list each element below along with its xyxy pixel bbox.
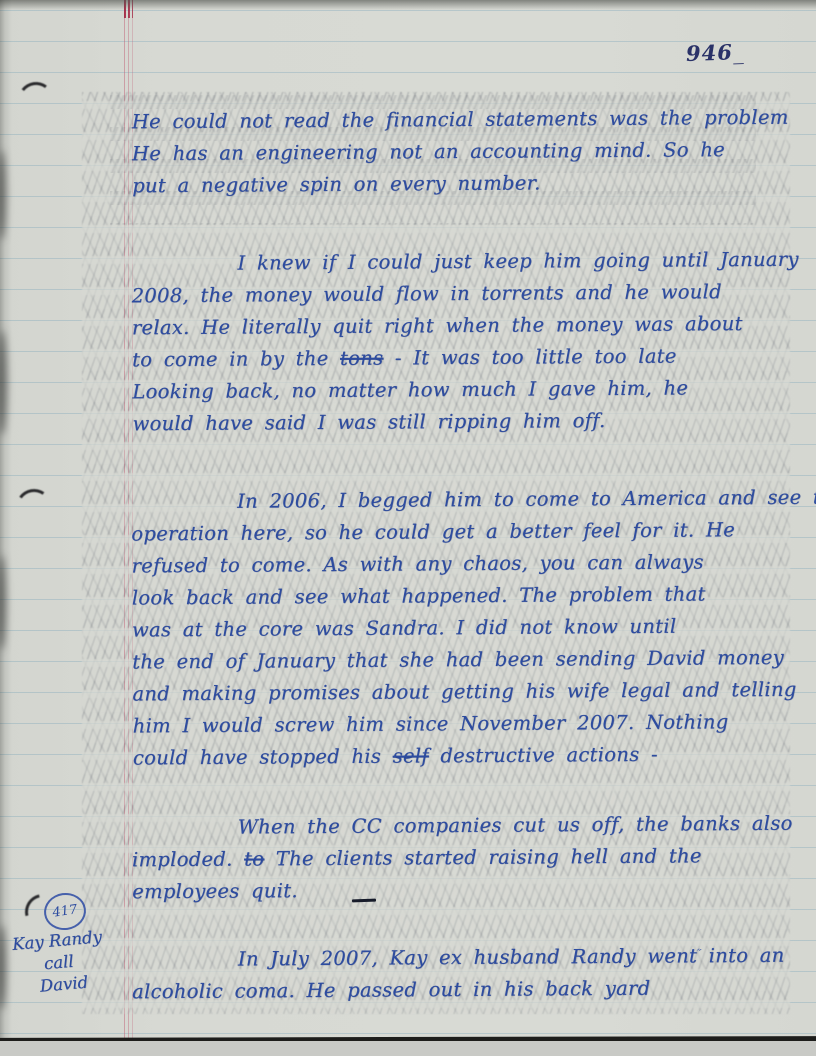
struck-word: to xyxy=(244,847,264,870)
page-number: 946_ xyxy=(686,39,745,66)
handwritten-line: imploded. to The clients started raising… xyxy=(132,840,793,877)
paragraph: In 2006, I begged him to come to America… xyxy=(131,482,816,775)
handwritten-line: When the CC companies cut us off, the ba… xyxy=(132,808,793,845)
paragraph: I knew if I could just keep him going un… xyxy=(131,244,800,441)
struck-word: tons xyxy=(340,347,384,370)
struck-word: self xyxy=(393,744,429,767)
handwritten-line: him I would screw him since November 200… xyxy=(133,706,816,743)
handwritten-line: employees quit. xyxy=(132,872,793,909)
scanned-page: 946_ He could not read the financial sta… xyxy=(0,0,816,1056)
handwritten-line: relax. He literally quit right when the … xyxy=(132,308,799,345)
margin-note: Kay Randy call David xyxy=(11,926,106,1000)
handwritten-line: Looking back, no matter how much I gave … xyxy=(132,372,799,409)
paragraph: He could not read the financial statemen… xyxy=(132,102,789,203)
handwritten-line: alcoholic coma. He passed out in his bac… xyxy=(132,972,785,1009)
scanner-background xyxy=(0,1041,816,1056)
handwritten-line: the end of January that she had been sen… xyxy=(132,642,816,679)
handwritten-line: look back and see what happened. The pro… xyxy=(132,578,816,615)
paragraph: In July 2007, Kay ex husband Randy went … xyxy=(132,940,785,1009)
handwritten-line: He has an engineering not an accounting … xyxy=(132,134,789,171)
handwritten-text: could have stopped his xyxy=(133,745,393,770)
handwritten-text: imploded. xyxy=(132,848,244,872)
scan-top-edge-shadow xyxy=(0,0,816,10)
handwritten-text: to come in by the xyxy=(132,347,340,371)
page-number-underscore: _ xyxy=(732,40,744,64)
handwritten-text: The clients started raising hell and the xyxy=(264,844,702,870)
handwritten-line: refused to come. As with any chaos, you … xyxy=(131,546,816,583)
page-number-value: 946 xyxy=(686,39,734,66)
handwritten-line: put a negative spin on every number. xyxy=(132,166,789,203)
handwritten-line: In July 2007, Kay ex husband Randy went … xyxy=(132,940,785,977)
handwritten-line: would have said I was still ripping him … xyxy=(132,404,799,441)
handwritten-line: 2008, the money would flow in torrents a… xyxy=(132,276,799,313)
handwritten-line: I knew if I could just keep him going un… xyxy=(131,244,798,281)
handwritten-line: could have stopped his self destructive … xyxy=(133,738,816,775)
handwritten-line: and making promises about getting his wi… xyxy=(132,674,816,711)
handwritten-line: was at the core was Sandra. I did not kn… xyxy=(132,610,816,647)
handwritten-line: operation here, so he could get a better… xyxy=(131,514,816,551)
handwritten-text: destructive actions - xyxy=(429,743,658,768)
paragraph: When the CC companies cut us off, the ba… xyxy=(132,808,794,909)
handwritten-line: He could not read the financial statemen… xyxy=(132,102,789,139)
handwritten-line: In 2006, I begged him to come to America… xyxy=(131,482,816,519)
circled-number-value: 417 xyxy=(52,902,79,920)
handwritten-text: - It was too little too late xyxy=(383,345,676,370)
handwritten-line: to come in by the tons - It was too litt… xyxy=(132,340,799,377)
